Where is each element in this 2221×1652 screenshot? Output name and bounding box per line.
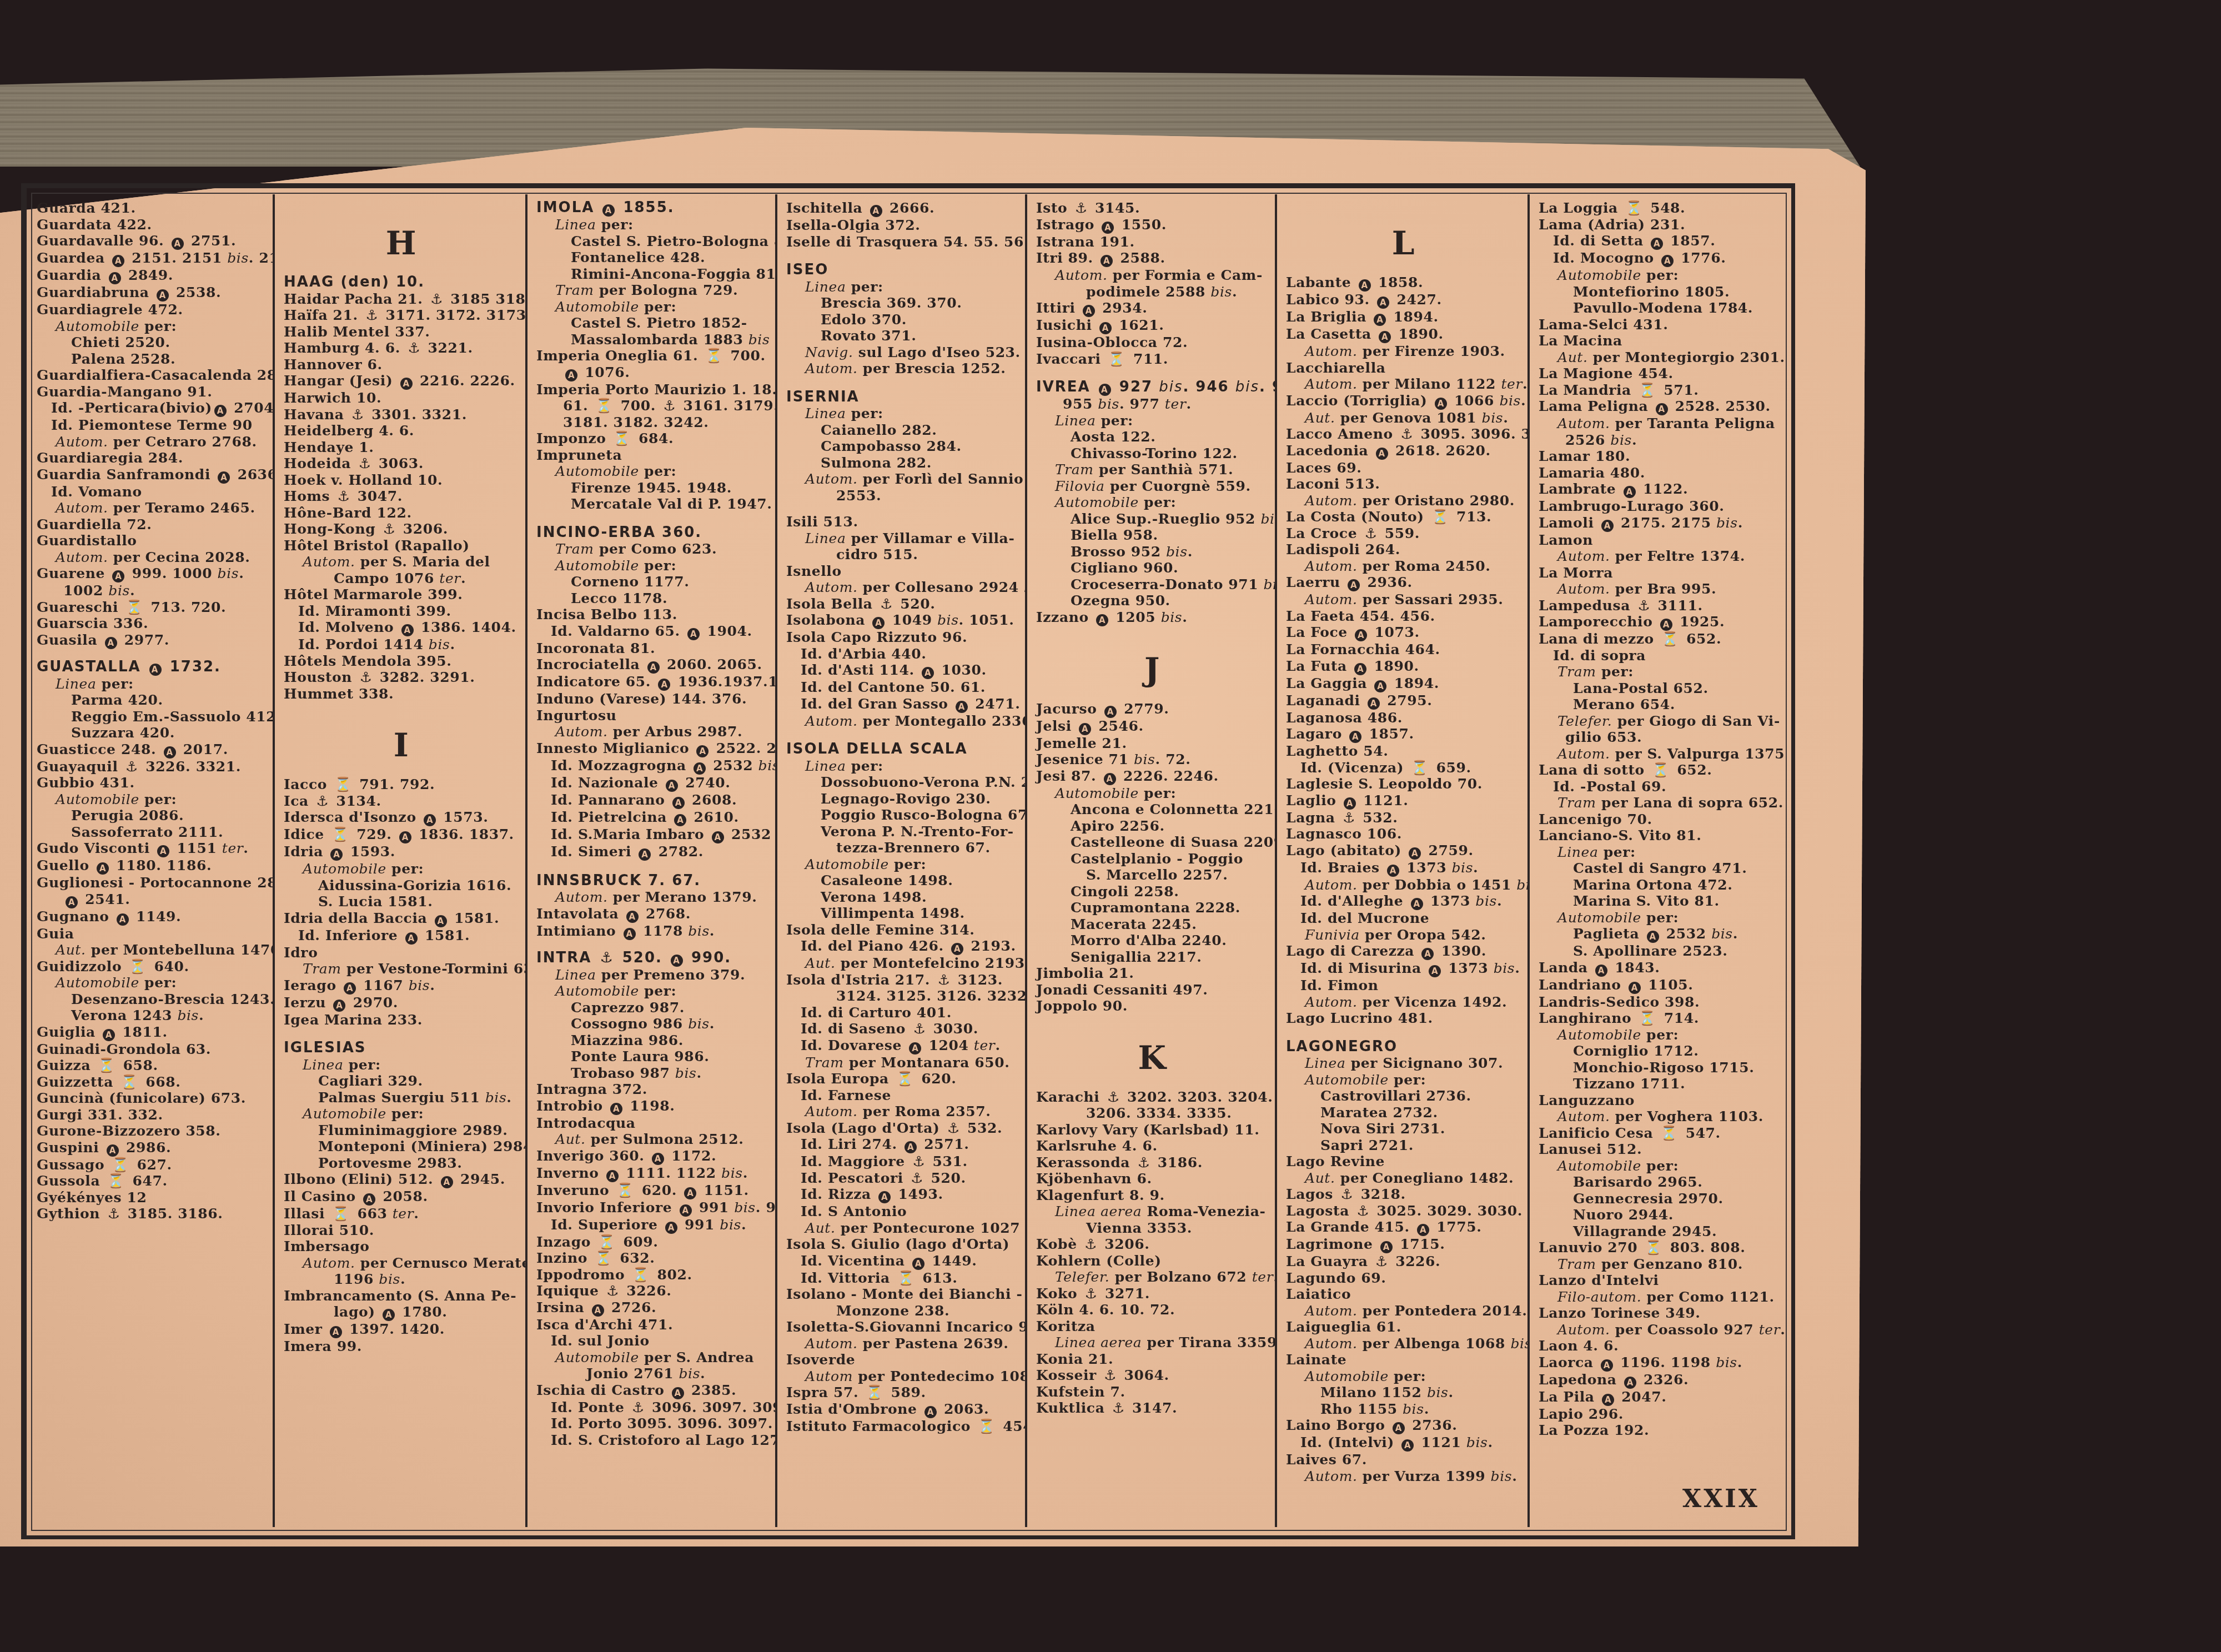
index-sub-entry: Id. S. Cristoforo al Lago 127 <box>536 1432 768 1449</box>
italic-qualifier: Automobile <box>303 861 386 877</box>
italic-qualifier: Autom. <box>805 471 858 487</box>
destination-line: Paglieta A 2532 bis. <box>1539 926 1781 943</box>
transport-mode-line: Autom. per Firenze 1903. <box>1286 343 1521 360</box>
tram-bell-icon: ⏳ <box>98 1057 116 1074</box>
italic-qualifier: Aut. <box>1557 349 1588 365</box>
destination-line: Aosta 122. <box>1036 429 1268 445</box>
destination-line: Parma 420. <box>37 692 266 709</box>
index-sub-entry: Id. Molveno A 1386. 1404. <box>284 619 519 636</box>
italic-qualifier: bis <box>758 757 777 774</box>
destination-line: Villimpenta 1498. <box>786 905 1018 922</box>
continuation-line: Vienna 3353. <box>1036 1220 1268 1237</box>
transport-mode-line: Aut. per Pontecurone 1027 bis <box>786 1220 1018 1237</box>
index-entry: Introbio A 1198. <box>536 1098 768 1115</box>
destination-line: Biella 958. <box>1036 527 1268 544</box>
italic-qualifier: Autom. <box>1055 267 1108 283</box>
transport-mode-line: Autom. per S. Maria del <box>284 554 519 570</box>
italic-qualifier: bis <box>409 977 430 993</box>
index-columns: Guarda 421.Guardata 422.Guardavalle 96. … <box>28 194 1788 1527</box>
destination-line: Marina S. Vito 81. <box>1539 893 1781 910</box>
index-entry: Lapio 296. <box>1539 1406 1781 1423</box>
transport-mode-line: Autom. per Albenga 1068 bis <box>1286 1335 1521 1352</box>
ship-anchor-icon: ⚓ <box>1075 200 1088 217</box>
transport-mode-line: Linea per: <box>786 405 1018 422</box>
transport-mode-line: Automobile per: <box>1286 1368 1521 1385</box>
index-entry: Joppolo 90. <box>1036 998 1268 1015</box>
ship-anchor-icon: ⚓ <box>125 759 138 775</box>
italic-qualifier: Autom. <box>1557 746 1610 762</box>
index-entry: Lampedusa ⚓ 3111. <box>1539 597 1781 614</box>
destination-line: Verona P. N.-Trento-For- <box>786 824 1018 840</box>
index-entry: Innesto Miglianico A 2522. 2525 <box>536 740 768 757</box>
italic-qualifier: bis <box>1403 1401 1424 1417</box>
index-entry: Imbrancamento (S. Anna Pe- <box>284 1288 519 1304</box>
transport-mode-line: Tram per Lana di sopra 652. <box>1539 795 1781 811</box>
transport-mode-line: Automobile per: <box>1539 1158 1781 1174</box>
destination-line: Verona 1498. <box>786 889 1018 906</box>
index-entry: Köln 4. 6. 10. 72. <box>1036 1302 1268 1318</box>
italic-qualifier: bis <box>379 1271 400 1287</box>
transport-mode-line: Automobile per: <box>1036 785 1268 802</box>
index-sub-entry: Id. Vicentina A 1449. <box>786 1253 1018 1270</box>
transport-mode-line: Autom. per Milano 1122 ter. <box>1286 376 1521 393</box>
autobus-circle-icon: A <box>1660 619 1672 631</box>
autobus-circle-icon: A <box>1417 1224 1429 1236</box>
autobus-circle-icon: A <box>592 1304 604 1317</box>
index-entry: Laces 69. <box>1286 460 1521 476</box>
transport-mode-line: Autom. per S. Valpurga 1375 <box>1539 746 1781 762</box>
destination-line: Gennecresia 2970. <box>1539 1191 1781 1207</box>
italic-qualifier: ter <box>439 570 461 586</box>
italic-qualifier: Autom. <box>56 549 108 565</box>
italic-qualifier: Funivia <box>1305 927 1360 943</box>
transport-mode-line: Autom. per Voghera 1103. <box>1539 1108 1781 1125</box>
autobus-circle-icon: A <box>112 255 124 267</box>
transport-mode-line: Tram per Santhià 571. <box>1036 461 1268 478</box>
autobus-circle-icon: A <box>1377 297 1389 309</box>
index-entry: Inverigo 360. A 1172. <box>536 1148 768 1165</box>
continuation-line: 2526 bis. <box>1539 432 1781 449</box>
index-entry: Guardea A 2151. 2151 bis. 2153. <box>37 250 266 267</box>
autobus-circle-icon: A <box>1079 723 1091 735</box>
index-entry: La Loggia ⏳ 548. <box>1539 200 1781 217</box>
continuation-line: tezza-Brennero 67. <box>786 840 1018 856</box>
autobus-circle-icon: A <box>647 661 660 674</box>
transport-mode-line: Filovia per Cuorgnè 559. <box>1036 478 1268 495</box>
index-entry: Lanzo d'Intelvi <box>1539 1272 1781 1289</box>
transport-mode-line: Autom. per Formia e Cam- <box>1036 267 1268 284</box>
ship-anchor-icon: ⚓ <box>912 1153 925 1170</box>
index-entry: Guasila A 2977. <box>37 632 266 649</box>
index-entry: Iusichi A 1621. <box>1036 317 1268 334</box>
index-sub-entry: Id. S Antonio <box>786 1203 1018 1220</box>
index-entry: Istrana 191. <box>1036 234 1268 250</box>
autobus-circle-icon: A <box>1379 331 1391 343</box>
index-entry: Isili 513. <box>786 514 1018 530</box>
index-entry: Lamon <box>1539 532 1781 549</box>
autobus-circle-icon: A <box>1661 255 1674 267</box>
index-entry: Laorca A 1196. 1198 bis. <box>1539 1354 1781 1372</box>
destination-line: Cupramontana 2228. <box>1036 900 1268 916</box>
autobus-circle-icon: A <box>333 1000 345 1012</box>
transport-mode-line: Linea per Sicignano 307. <box>1286 1055 1521 1072</box>
index-column-7: La Loggia ⏳ 548.Lama (Adria) 231.Id. di … <box>1530 194 1788 1527</box>
index-entry: Jelsi A 2546. <box>1036 718 1268 735</box>
destination-line: Milano 1152 bis. <box>1286 1384 1521 1401</box>
index-entry: Ierago A 1167 bis. <box>284 977 519 995</box>
italic-qualifier: bis <box>1491 1468 1513 1484</box>
index-sub-entry: Id. Valdarno 65. A 1904. <box>536 623 768 640</box>
index-sub-entry: Id. Inferiore A 1581. <box>284 927 519 945</box>
destination-line: Maratea 2732. <box>1286 1104 1521 1121</box>
index-entry: Isolabona A 1049 bis. 1051. <box>786 612 1018 629</box>
italic-qualifier: Tram <box>555 541 594 557</box>
italic-qualifier: bis <box>1427 1384 1449 1400</box>
index-entry: Guardavalle 96. A 2751. <box>37 233 266 250</box>
index-sub-entry: Id. del Piano 426. A 2193. <box>786 938 1018 955</box>
major-station-heading: INNSBRUCK 7. 67. <box>536 873 768 890</box>
autobus-circle-icon: A <box>1374 314 1386 326</box>
destination-line: Verona 1243 bis. <box>37 1007 266 1024</box>
index-entry: Haidar Pacha 21. ⚓ 3185 3186. <box>284 291 519 308</box>
index-entry: Invorio Inferiore A 991 bis. 992. <box>536 1199 768 1217</box>
tram-bell-icon: ⏳ <box>897 1270 915 1287</box>
index-entry: Isoverde <box>786 1352 1018 1368</box>
destination-line: Rovato 371. <box>786 328 1018 344</box>
italic-qualifier: Linea <box>805 279 846 295</box>
autobus-circle-icon: A <box>1349 731 1361 743</box>
italic-qualifier: Autom. <box>1305 994 1358 1010</box>
index-entry: Lagaro A 1857. <box>1286 726 1521 743</box>
index-entry: Laigueglia 61. <box>1286 1319 1521 1335</box>
index-entry: La Pila A 2047. <box>1539 1389 1781 1406</box>
index-sub-entry: Id. Mocogno A 1776. <box>1539 250 1781 267</box>
transport-mode-line: Autom. per Bra 995. <box>1539 581 1781 597</box>
destination-line: Monchio-Rigoso 1715. <box>1539 1060 1781 1076</box>
index-entry: Ingurtosu <box>536 707 768 724</box>
index-entry: Imer A 1397. 1420. <box>284 1321 519 1338</box>
italic-qualifier: Automobile <box>1055 494 1139 510</box>
index-entry: Hôtel Bristol (Rapallo) <box>284 538 519 554</box>
italic-qualifier: Automobile <box>1055 785 1139 801</box>
major-station-heading: ISERNIA <box>786 389 1018 406</box>
autobus-circle-icon: A <box>363 1193 375 1206</box>
italic-qualifier: bis <box>1451 860 1473 876</box>
autobus-circle-icon: A <box>639 848 651 861</box>
transport-mode-line: Funivia per Oropa 542. <box>1286 927 1521 943</box>
autobus-circle-icon: A <box>652 1153 664 1165</box>
index-sub-entry: Id. Pescatori ⚓ 520. <box>786 1170 1018 1187</box>
destination-line: Palmas Suergiu 511 bis. <box>284 1089 519 1106</box>
index-entry: Inzino ⏳ 632. <box>536 1250 768 1267</box>
transport-mode-line: Autom. per Arbus 2987. <box>536 724 768 740</box>
transport-mode-line: Tram per Vestone-Tormini 630. <box>284 961 519 977</box>
index-entry: Kosseir ⚓ 3064. <box>1036 1367 1268 1384</box>
index-entry: Languzzano <box>1539 1092 1781 1109</box>
italic-qualifier: ter <box>974 1037 996 1053</box>
destination-line: Nova Siri 2731. <box>1286 1121 1521 1137</box>
index-sub-entry: Id. Porto 3095. 3096. 3097. <box>536 1415 768 1432</box>
index-entry: Labante A 1858. <box>1286 274 1521 292</box>
italic-qualifier: Automobile <box>56 791 139 807</box>
tram-bell-icon: ⏳ <box>1661 1125 1679 1142</box>
index-entry: Intragna 372. <box>536 1081 768 1098</box>
autobus-circle-icon: A <box>1647 931 1659 943</box>
major-station-heading: ISOLA DELLA SCALA <box>786 741 1018 758</box>
autobus-circle-icon: A <box>1601 1359 1613 1372</box>
transport-mode-line: Autom. per Pontedera 2014. <box>1286 1303 1521 1319</box>
autobus-circle-icon: A <box>1429 965 1441 977</box>
index-entry: Igea Marina 233. <box>284 1012 519 1028</box>
ship-anchor-icon: ⚓ <box>359 669 372 686</box>
italic-qualifier: Automobile <box>1557 1027 1641 1043</box>
continuation-line: A 1076. <box>536 364 768 381</box>
index-entry: Konia 21. <box>1036 1351 1268 1368</box>
index-entry: Iacco ⏳ 791. 792. <box>284 776 519 793</box>
index-entry: Lana di sotto ⏳ 652. <box>1539 762 1781 779</box>
index-entry: La Foce A 1073. <box>1286 624 1521 641</box>
index-entry: Lago (abitato) A 2759. <box>1286 842 1521 860</box>
index-entry: Izzano A 1205 bis. <box>1036 609 1268 626</box>
index-entry: La Croce ⚓ 559. <box>1286 525 1521 542</box>
destination-line: Caprezzo 987. <box>536 1000 768 1016</box>
autobus-circle-icon: A <box>658 679 670 691</box>
transport-mode-line: Automobile per S. Andrea <box>536 1349 768 1366</box>
destination-line: Brosso 952 bis. <box>1036 544 1268 560</box>
destination-line: S. Lucia 1581. <box>284 893 519 910</box>
destination-line: Casaleone 1498. <box>786 872 1018 889</box>
autobus-circle-icon: A <box>399 831 411 843</box>
major-station-heading: LAGONEGRO <box>1286 1039 1521 1056</box>
index-entry: Lama Peligna A 2528. 2530. <box>1539 398 1781 415</box>
index-entry: Isella-Olgia 372. <box>786 217 1018 234</box>
destination-line: Ponte Laura 986. <box>536 1048 768 1065</box>
index-column-2: HHAAG (den) 10.Haidar Pacha 21. ⚓ 3185 3… <box>275 194 527 1527</box>
continuation-line: 61. ⏳ 700. ⚓ 3161. 3179. <box>536 398 768 414</box>
italic-qualifier: Autom. <box>1557 1322 1610 1338</box>
autobus-circle-icon: A <box>924 1406 937 1418</box>
autobus-circle-icon: A <box>157 845 169 857</box>
index-entry: Illasi ⏳ 663 ter. <box>284 1206 519 1222</box>
index-entry: Guizzetta ⏳ 668. <box>37 1074 266 1091</box>
index-entry: Lana di mezzo ⏳ 652. <box>1539 631 1781 647</box>
destination-line: Castrovillari 2736. <box>1286 1088 1521 1104</box>
index-entry: Irsina A 2726. <box>536 1299 768 1317</box>
index-entry: Isolano - Monte dei Bianchi - <box>786 1286 1018 1303</box>
autobus-circle-icon: A <box>951 943 963 955</box>
index-entry: Guarscia 336. <box>37 615 266 632</box>
index-entry: Lanificio Cesa ⏳ 547. <box>1539 1125 1781 1142</box>
italic-qualifier: bis <box>1159 379 1183 395</box>
italic-qualifier: Autom. <box>1305 1303 1358 1319</box>
index-entry: Harwich 10. <box>284 390 519 406</box>
destination-line: Fontanelice 428. <box>536 249 768 266</box>
italic-qualifier: Autom. <box>805 1335 858 1352</box>
italic-qualifier: bis <box>227 250 249 266</box>
transport-mode-line: Linea per: <box>37 676 266 692</box>
destination-line: Montefiorino 1805. <box>1539 284 1781 300</box>
index-sub-entry: Id. Liri 274. A 2571. <box>786 1136 1018 1153</box>
index-sub-entry: Id. Pannarano A 2608. <box>536 792 768 809</box>
index-entry: Isola Capo Rizzuto 96. <box>786 629 1018 646</box>
autobus-circle-icon: A <box>1411 898 1423 910</box>
autobus-circle-icon: A <box>606 1170 619 1182</box>
destination-line: Apiro 2256. <box>1036 818 1268 835</box>
destination-line: Mercatale Val di P. 1947. <box>536 496 768 513</box>
autobus-circle-icon: A <box>1096 614 1108 626</box>
autobus-circle-icon: A <box>1601 520 1614 532</box>
index-entry: Introdacqua <box>536 1115 768 1132</box>
autobus-circle-icon: A <box>674 814 686 826</box>
italic-qualifier: Automobile <box>1557 267 1641 283</box>
index-entry: Guareschi ⏳ 713. 720. <box>37 599 266 616</box>
index-sub-entry: Id. Miramonti 399. <box>284 603 519 620</box>
section-letter: J <box>1036 653 1268 686</box>
index-entry: Hône-Bard 122. <box>284 505 519 521</box>
ship-anchor-icon: ⚓ <box>1637 597 1650 614</box>
transport-mode-line: Linea per Villamar e Villa- <box>786 530 1018 547</box>
index-entry: Lago Lucrino 481. <box>1286 1010 1521 1027</box>
index-entry: Idria A 1593. <box>284 843 519 861</box>
index-entry: Lama-Selci 431. <box>1539 317 1781 333</box>
italic-qualifier: Linea aerea <box>1055 1334 1142 1350</box>
tram-bell-icon: ⏳ <box>1108 351 1126 368</box>
index-entry: Laives 67. <box>1286 1452 1521 1468</box>
section-letter: I <box>284 729 519 762</box>
tram-bell-icon: ⏳ <box>978 1418 996 1435</box>
autobus-circle-icon: A <box>1401 1439 1414 1452</box>
italic-qualifier: bis <box>1494 960 1515 976</box>
index-column-4: Ischitella A 2666.Isella-Olgia 372.Isell… <box>777 194 1027 1527</box>
transport-mode-line: Autom. per Sassari 2935. <box>1286 591 1521 608</box>
destination-line: Trobaso 987 bis. <box>536 1065 768 1082</box>
ship-anchor-icon: ⚓ <box>107 1206 120 1222</box>
italic-qualifier: Autom. <box>1557 581 1610 597</box>
italic-qualifier: Tram <box>1557 795 1596 811</box>
ship-anchor-icon: ⚓ <box>1364 525 1377 542</box>
index-entry: Idria della Baccia A 1581. <box>284 910 519 927</box>
tram-bell-icon: ⏳ <box>614 430 631 447</box>
ship-anchor-icon: ⚓ <box>1375 1253 1388 1270</box>
italic-qualifier: Autom. <box>1305 877 1358 893</box>
tram-bell-icon: ⏳ <box>595 1250 612 1267</box>
transport-mode-line: Automobile per: <box>1036 494 1268 511</box>
index-sub-entry: Id. di Misurina A 1373 bis. <box>1286 960 1521 977</box>
autobus-circle-icon: A <box>164 746 176 759</box>
index-entry: Lambrugo-Lurago 360. <box>1539 498 1781 515</box>
tram-bell-icon: ⏳ <box>1639 1010 1657 1027</box>
index-sub-entry: Id. -Perticara(bivio)A 2704 <box>37 400 266 417</box>
destination-line: Rho 1155 bis. <box>1286 1401 1521 1418</box>
index-entry: Hendaye 1. <box>284 439 519 456</box>
italic-qualifier: Autom. <box>1305 493 1358 509</box>
autobus-circle-icon: A <box>157 289 169 302</box>
destination-line: S. Apollinare 2523. <box>1539 943 1781 960</box>
autobus-circle-icon: A <box>97 862 109 875</box>
italic-qualifier: Linea <box>1557 844 1598 860</box>
italic-qualifier: bis <box>675 1065 697 1081</box>
index-entry: Lamporecchio A 1925. <box>1539 614 1781 631</box>
destination-line: Brescia 369. 370. <box>786 295 1018 312</box>
italic-qualifier: bis <box>1610 432 1632 448</box>
index-entry: Lamaria 480. <box>1539 465 1781 481</box>
section-letter: H <box>284 227 519 260</box>
italic-qualifier: Autom. <box>805 713 858 729</box>
index-entry: Lama (Adria) 231. <box>1539 217 1781 233</box>
transport-mode-line: Autom. per Cetraro 2768. <box>37 434 266 450</box>
transport-mode-line: Autom. per Cernusco Merate <box>284 1255 519 1272</box>
index-entry: La Casetta A 1890. <box>1286 326 1521 343</box>
italic-qualifier: Automobile <box>303 1106 386 1122</box>
autobus-circle-icon: A <box>610 1103 622 1115</box>
italic-qualifier: Tram <box>805 1055 844 1071</box>
italic-qualifier: bis <box>688 1016 710 1032</box>
index-sub-entry: Id. Superiore A 991 bis. <box>536 1217 768 1234</box>
index-entry: Idersca d'Isonzo A 1573. <box>284 809 519 826</box>
index-sub-entry: Id. Fimon <box>1286 977 1521 994</box>
transport-mode-line: Automobile per: <box>1539 267 1781 284</box>
transport-mode-line: Linea per Premeno 379. <box>536 967 768 983</box>
ship-anchor-icon: ⚓ <box>1343 810 1355 826</box>
ship-anchor-icon: ⚓ <box>1400 426 1413 443</box>
destination-line: Alice Sup.-Rueglio 952 bis <box>1036 511 1268 528</box>
italic-qualifier: Autom. <box>1557 548 1610 564</box>
destination-line: Desenzano-Brescia 1243. <box>37 991 266 1008</box>
index-entry: Landriano A 1105. <box>1539 977 1781 994</box>
ship-anchor-icon: ⚓ <box>1084 1236 1097 1253</box>
index-entry: Guardia A 2849. <box>37 267 266 284</box>
index-entry: Gyékényes 12 <box>37 1189 266 1206</box>
destination-line: Perugia 2086. <box>37 807 266 824</box>
index-entry: Inverno A 1111. 1122 bis. <box>536 1165 768 1182</box>
destination-line: Ozegna 950. <box>1036 592 1268 609</box>
continuation-line: lago) A 1780. <box>284 1304 519 1321</box>
italic-qualifier: Tram <box>1557 664 1596 680</box>
italic-qualifier: Autom. <box>1557 415 1610 431</box>
destination-line: Castel S. Pietro-Bologna 81 <box>536 233 768 250</box>
index-sub-entry: Id. (Vicenza) ⏳ 659. <box>1286 760 1521 776</box>
index-entry: Imperia Oneglia 61. ⏳ 700. <box>536 348 768 364</box>
italic-qualifier: bis <box>1716 515 1738 531</box>
tram-bell-icon: ⏳ <box>1639 382 1656 399</box>
autobus-circle-icon: A <box>117 913 129 926</box>
index-entry: Lagundo 69. <box>1286 1270 1521 1287</box>
destination-line: Cossogno 986 bis. <box>536 1016 768 1032</box>
continuation-line: 3206. 3334. 3335. <box>1036 1105 1268 1122</box>
index-sub-entry: Id. d'Arbia 440. <box>786 646 1018 662</box>
index-entry: Lanuvio 270 ⏳ 803. 808. <box>1539 1239 1781 1256</box>
index-entry: Ilbono (Elini) 512. A 2945. <box>284 1171 519 1188</box>
index-entry: La Grande 415. A 1775. <box>1286 1219 1521 1236</box>
transport-mode-line: Automobile per: <box>1539 910 1781 926</box>
transport-mode-line: Autom. per Coassolo 927 ter. <box>1539 1322 1781 1338</box>
italic-qualifier: Autom. <box>303 1255 355 1271</box>
destination-line: Merano 654. <box>1539 696 1781 713</box>
major-station-heading: INCINO-ERBA 360. <box>536 525 768 541</box>
major-station-heading: HAAG (den) 10. <box>284 274 519 291</box>
index-entry: Intimiano A 1178 bis. <box>536 923 768 940</box>
autobus-circle-icon: A <box>1376 448 1388 460</box>
index-entry: Guncinà (funicolare) 673. <box>37 1090 266 1107</box>
index-entry: Guidizzolo ⏳ 640. <box>37 958 266 975</box>
tram-bell-icon: ⏳ <box>1411 760 1429 776</box>
continuation-line: Monzone 238. <box>786 1303 1018 1319</box>
destination-line: Cigliano 960. <box>1036 560 1268 576</box>
destination-line: Castelplanio - Poggio <box>1036 851 1268 867</box>
autobus-circle-icon: A <box>870 205 882 217</box>
index-entry: La Gaggia A 1894. <box>1286 675 1521 692</box>
italic-qualifier: bis <box>1482 410 1504 426</box>
